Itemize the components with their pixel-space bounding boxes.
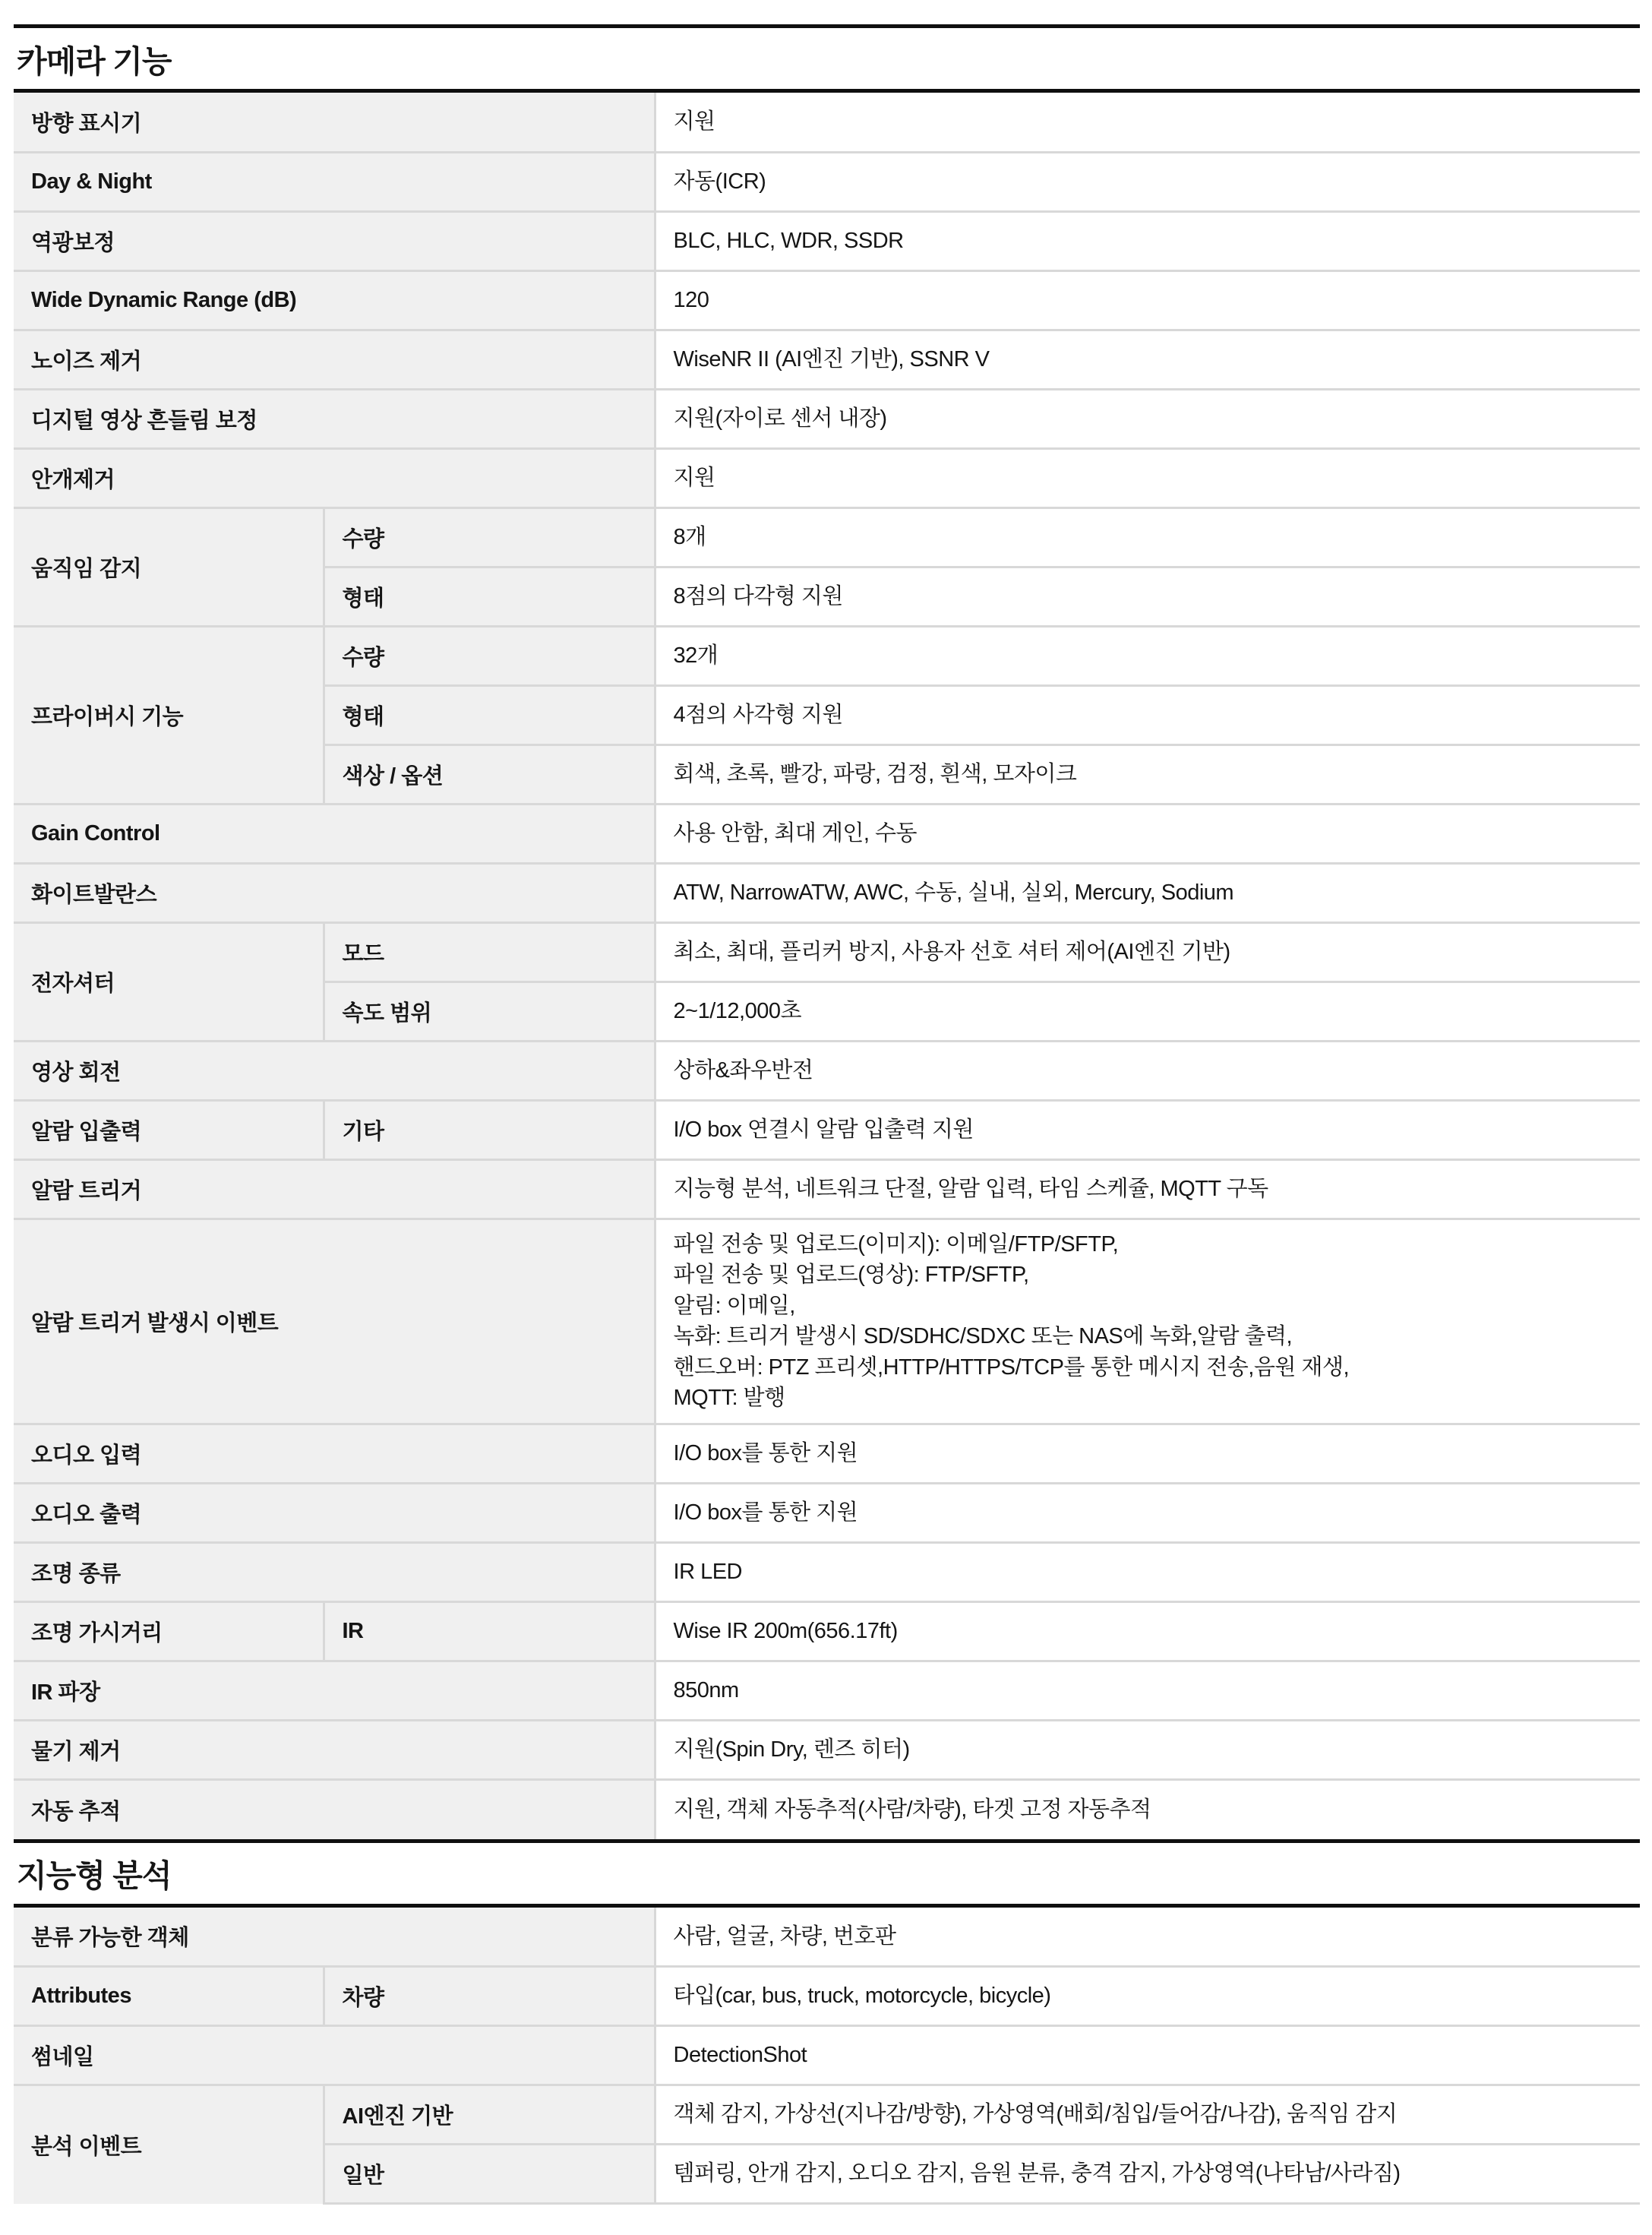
table-row: 디지털 영상 흔들림 보정 지원(자이로 센서 내장): [14, 389, 1640, 448]
table-row: 오디오 입력 I/O box를 통한 지원: [14, 1424, 1640, 1484]
row-value: 8개: [655, 507, 1640, 567]
row-label: IR 파장: [14, 1661, 655, 1721]
row-sublabel: 모드: [324, 922, 655, 982]
row-value: 최소, 최대, 플리커 방지, 사용자 선호 셔터 제어(AI엔진 기반): [655, 922, 1640, 982]
spec-table: 분류 가능한 객체 사람, 얼굴, 차량, 번호판 Attributes 차량 …: [14, 1908, 1640, 2205]
row-label: 안개제거: [14, 448, 655, 507]
row-value: 8점의 다각형 지원: [655, 567, 1640, 626]
row-label: 역광보정: [14, 211, 655, 270]
row-value: 850nm: [655, 1661, 1640, 1721]
row-value: BLC, HLC, WDR, SSDR: [655, 211, 1640, 270]
row-label: 조명 종류: [14, 1543, 655, 1602]
row-label: 오디오 출력: [14, 1484, 655, 1543]
row-label: Gain Control: [14, 804, 655, 863]
row-value: 사람, 얼굴, 차량, 번호판: [655, 1908, 1640, 1967]
table-row: 움직임 감지 수량 8개: [14, 507, 1640, 567]
row-value: 지원(자이로 센서 내장): [655, 389, 1640, 448]
row-value: 2~1/12,000초: [655, 982, 1640, 1041]
table-row: 안개제거 지원: [14, 448, 1640, 507]
row-value: 120: [655, 270, 1640, 330]
table-row: 자동 추적 지원, 객체 자동추적(사람/차량), 타겟 고정 자동추적: [14, 1780, 1640, 1839]
table-row: 조명 가시거리 IR Wise IR 200m(656.17ft): [14, 1602, 1640, 1661]
row-value: 4점의 사각형 지원: [655, 685, 1640, 744]
row-value: I/O box를 통한 지원: [655, 1424, 1640, 1484]
row-sublabel: 형태: [324, 567, 655, 626]
table-row: 조명 종류 IR LED: [14, 1543, 1640, 1602]
row-label: 알람 입출력: [14, 1100, 324, 1159]
row-label: 화이트발란스: [14, 863, 655, 922]
row-value: 지원(Spin Dry, 렌즈 히터): [655, 1721, 1640, 1780]
row-value: IR LED: [655, 1543, 1640, 1602]
row-label: 분석 이벤트: [14, 2085, 324, 2204]
table-row: 오디오 출력 I/O box를 통한 지원: [14, 1484, 1640, 1543]
row-sublabel: 차량: [324, 1967, 655, 2026]
row-label: Day & Night: [14, 152, 655, 211]
row-label: 노이즈 제거: [14, 330, 655, 389]
row-value: ATW, NarrowATW, AWC, 수동, 실내, 실외, Mercury…: [655, 863, 1640, 922]
row-sublabel: AI엔진 기반: [324, 2085, 655, 2145]
table-row: 화이트발란스 ATW, NarrowATW, AWC, 수동, 실내, 실외, …: [14, 863, 1640, 922]
table-row: 알람 트리거 지능형 분석, 네트워크 단절, 알람 입력, 타임 스케쥴, M…: [14, 1159, 1640, 1219]
table-row: 역광보정 BLC, HLC, WDR, SSDR: [14, 211, 1640, 270]
row-value: I/O box를 통한 지원: [655, 1484, 1640, 1543]
row-sublabel: 형태: [324, 685, 655, 744]
section-intelligent-analytics: 지능형 분석 분류 가능한 객체 사람, 얼굴, 차량, 번호판 Attribu…: [14, 1839, 1640, 2205]
row-value: 지원: [655, 448, 1640, 507]
row-label: 물기 제거: [14, 1721, 655, 1780]
row-value: 사용 안함, 최대 게인, 수동: [655, 804, 1640, 863]
spec-table: 방향 표시기 지원 Day & Night 자동(ICR) 역광보정 BLC, …: [14, 93, 1640, 1839]
table-row: 분석 이벤트 AI엔진 기반 객체 감지, 가상선(지나감/방향), 가상영역(…: [14, 2085, 1640, 2145]
row-label: 방향 표시기: [14, 93, 655, 152]
row-value: 객체 감지, 가상선(지나감/방향), 가상영역(배회/침입/들어감/나감), …: [655, 2085, 1640, 2145]
row-label: 썸네일: [14, 2026, 655, 2085]
row-value: 파일 전송 및 업로드(이미지): 이메일/FTP/SFTP, 파일 전송 및 …: [655, 1219, 1640, 1424]
row-value: 지원, 객체 자동추적(사람/차량), 타겟 고정 자동추적: [655, 1780, 1640, 1839]
row-label: 전자셔터: [14, 922, 324, 1041]
row-label: 디지털 영상 흔들림 보정: [14, 389, 655, 448]
row-value: 회색, 초록, 빨강, 파랑, 검정, 흰색, 모자이크: [655, 744, 1640, 804]
row-value: DetectionShot: [655, 2026, 1640, 2085]
row-sublabel: 색상 / 옵션: [324, 744, 655, 804]
row-sublabel: 수량: [324, 507, 655, 567]
table-row: 분류 가능한 객체 사람, 얼굴, 차량, 번호판: [14, 1908, 1640, 1967]
row-label: 조명 가시거리: [14, 1602, 324, 1661]
row-sublabel: 기타: [324, 1100, 655, 1159]
row-value: WiseNR II (AI엔진 기반), SSNR V: [655, 330, 1640, 389]
table-row: Day & Night 자동(ICR): [14, 152, 1640, 211]
row-label: 분류 가능한 객체: [14, 1908, 655, 1967]
table-row: 알람 입출력 기타 I/O box 연결시 알람 입출력 지원: [14, 1100, 1640, 1159]
row-value: 32개: [655, 626, 1640, 685]
table-row: 전자셔터 모드 최소, 최대, 플리커 방지, 사용자 선호 셔터 제어(AI엔…: [14, 922, 1640, 982]
table-row: 방향 표시기 지원: [14, 93, 1640, 152]
row-label: 자동 추적: [14, 1780, 655, 1839]
row-label: Wide Dynamic Range (dB): [14, 270, 655, 330]
row-sublabel: 수량: [324, 626, 655, 685]
row-label: 프라이버시 기능: [14, 626, 324, 804]
table-row: IR 파장 850nm: [14, 1661, 1640, 1721]
table-row: Attributes 차량 타입(car, bus, truck, motorc…: [14, 1967, 1640, 2026]
section-title: 카메라 기능: [14, 24, 1640, 93]
row-value: 지능형 분석, 네트워크 단절, 알람 입력, 타임 스케쥴, MQTT 구독: [655, 1159, 1640, 1219]
row-sublabel: IR: [324, 1602, 655, 1661]
section-camera-features: 카메라 기능 방향 표시기 지원 Day & Night 자동(ICR) 역광보…: [14, 24, 1640, 1839]
section-title: 지능형 분석: [14, 1839, 1640, 1908]
row-value: 자동(ICR): [655, 152, 1640, 211]
row-label: 알람 트리거: [14, 1159, 655, 1219]
row-label: 오디오 입력: [14, 1424, 655, 1484]
row-sublabel: 속도 범위: [324, 982, 655, 1041]
row-label: 영상 회전: [14, 1041, 655, 1100]
table-row: 프라이버시 기능 수량 32개: [14, 626, 1640, 685]
row-label: 움직임 감지: [14, 507, 324, 626]
row-value: 상하&좌우반전: [655, 1041, 1640, 1100]
row-value: Wise IR 200m(656.17ft): [655, 1602, 1640, 1661]
row-value: 지원: [655, 93, 1640, 152]
table-row: 물기 제거 지원(Spin Dry, 렌즈 히터): [14, 1721, 1640, 1780]
spec-sheet: 카메라 기능 방향 표시기 지원 Day & Night 자동(ICR) 역광보…: [0, 0, 1652, 2235]
row-label: 알람 트리거 발생시 이벤트: [14, 1219, 655, 1424]
row-label: Attributes: [14, 1967, 324, 2026]
row-value: I/O box 연결시 알람 입출력 지원: [655, 1100, 1640, 1159]
table-row: 영상 회전 상하&좌우반전: [14, 1041, 1640, 1100]
table-row: Wide Dynamic Range (dB) 120: [14, 270, 1640, 330]
row-sublabel: 일반: [324, 2145, 655, 2204]
row-value: 템퍼링, 안개 감지, 오디오 감지, 음원 분류, 충격 감지, 가상영역(나…: [655, 2145, 1640, 2204]
table-row: 썸네일 DetectionShot: [14, 2026, 1640, 2085]
table-row: Gain Control 사용 안함, 최대 게인, 수동: [14, 804, 1640, 863]
row-value: 타입(car, bus, truck, motorcycle, bicycle): [655, 1967, 1640, 2026]
table-row: 노이즈 제거 WiseNR II (AI엔진 기반), SSNR V: [14, 330, 1640, 389]
table-row: 알람 트리거 발생시 이벤트 파일 전송 및 업로드(이미지): 이메일/FTP…: [14, 1219, 1640, 1424]
